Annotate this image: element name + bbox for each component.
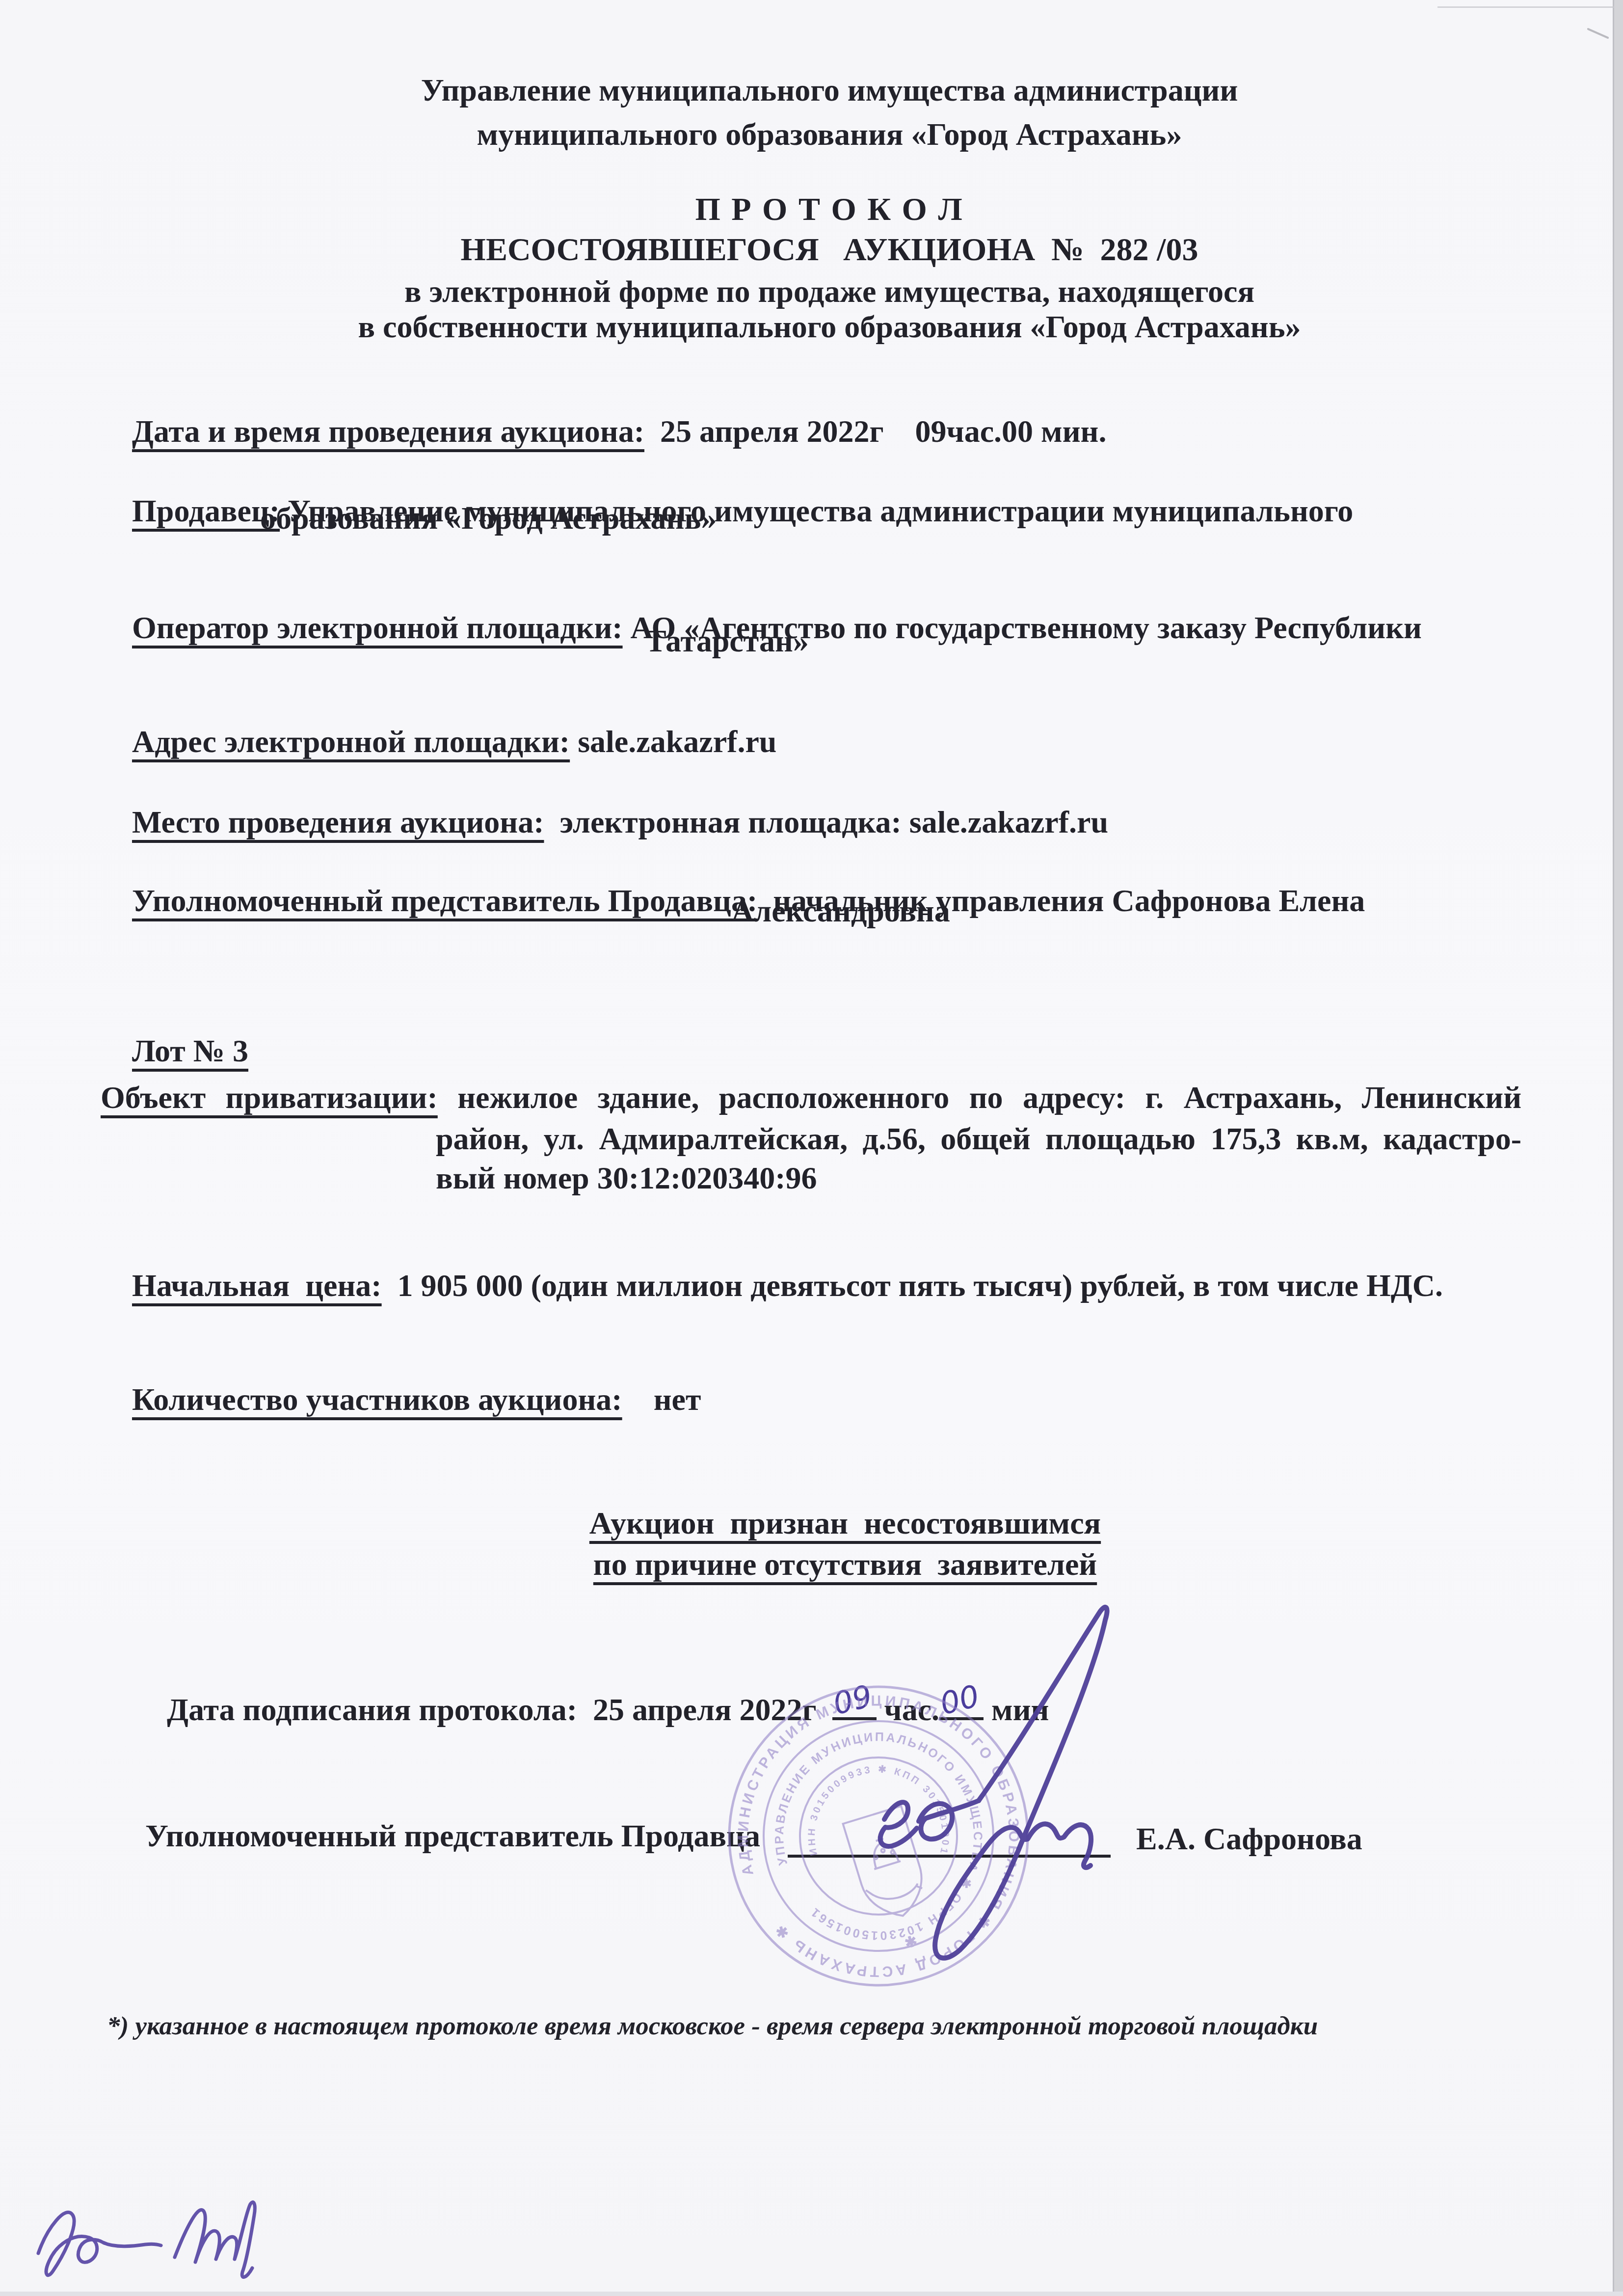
field-starting-price-label: Начальная цена:: [132, 1268, 382, 1303]
field-object-value-line2: район, ул. Адмиралтейская, д.56, общей п…: [436, 1122, 1521, 1155]
org-name-line2: муниципального образования «Город Астрах…: [118, 118, 1541, 151]
scan-edge-top-line: [1437, 6, 1614, 8]
result-line2: по причине отсутствия заявителей: [118, 1515, 1541, 1614]
field-participants-label: Количество участников аукциона:: [132, 1382, 622, 1417]
field-object-label: Объект приватизации:: [101, 1080, 438, 1115]
field-object: Объект приватизации: нежилое здание, рас…: [101, 1081, 1521, 1114]
scan-edge-bottom: [0, 2292, 1623, 2296]
field-starting-price-value: 1 905 000 (один миллион девятьсот пять т…: [382, 1268, 1443, 1303]
footnote-text: *) указанное в настоящем протоколе время…: [107, 2013, 1318, 2040]
protocol-subtitle-line2: в собственности муниципального образован…: [118, 310, 1541, 343]
field-object-value-line1: нежилое здание, расположенного по адресу…: [457, 1080, 1521, 1115]
scan-scratch-mark: [1587, 27, 1609, 39]
field-seller-label: Продавец:: [132, 493, 280, 528]
org-name-line1: Управление муниципального имущества адми…: [118, 74, 1541, 107]
scanned-protocol-page: Управление муниципального имущества адми…: [0, 0, 1623, 2296]
field-platform-address-label: Адрес электронной площадки:: [132, 724, 570, 759]
field-participants-value: нет: [622, 1382, 701, 1417]
representative-signature: [834, 1546, 1207, 2037]
signing-date-label: Дата подписания протокола:: [167, 1692, 577, 1727]
field-object-value-line3: вый номер 30:12:020340:96: [436, 1162, 817, 1194]
field-representative-value-line2: Александровна: [731, 894, 950, 927]
field-auction-datetime-value: 25 апреля 2022г 09час.00 мин.: [644, 414, 1106, 449]
field-representative-label: Уполномоченный представитель Продавца:: [132, 883, 757, 918]
protocol-title: П Р О Т О К О Л: [118, 192, 1541, 226]
field-platform-address-value: sale.zakazrf.ru: [570, 724, 776, 759]
field-seller-value-line2: образования «Город Астрахань»: [260, 502, 717, 535]
protocol-number-line: НЕСОСТОЯВШЕГОСЯ АУКЦИОНА № 282 /03: [118, 233, 1541, 267]
field-venue-value: электронная площадка: sale.zakazrf.ru: [544, 805, 1108, 839]
field-operator-label: Оператор электронной площадки:: [132, 610, 623, 645]
field-starting-price: Начальная цена: 1 905 000 (один миллион …: [101, 1236, 1443, 1335]
protocol-subtitle-line1: в электронной форме по продаже имущества…: [118, 275, 1541, 308]
scan-edge-right: [1613, 0, 1623, 2296]
margin-note-scribble: [25, 2170, 309, 2296]
signature-block-label: Уполномоченный представитель Продавца: [145, 1819, 760, 1852]
field-operator-value-line2: Татарстан»: [645, 624, 809, 657]
field-venue-label: Место проведения аукциона:: [132, 805, 544, 839]
field-participants: Количество участников аукциона: нет: [101, 1350, 701, 1449]
lot-heading-label: Лот № 3: [132, 1033, 248, 1068]
field-auction-datetime-label: Дата и время проведения аукциона:: [132, 414, 644, 449]
